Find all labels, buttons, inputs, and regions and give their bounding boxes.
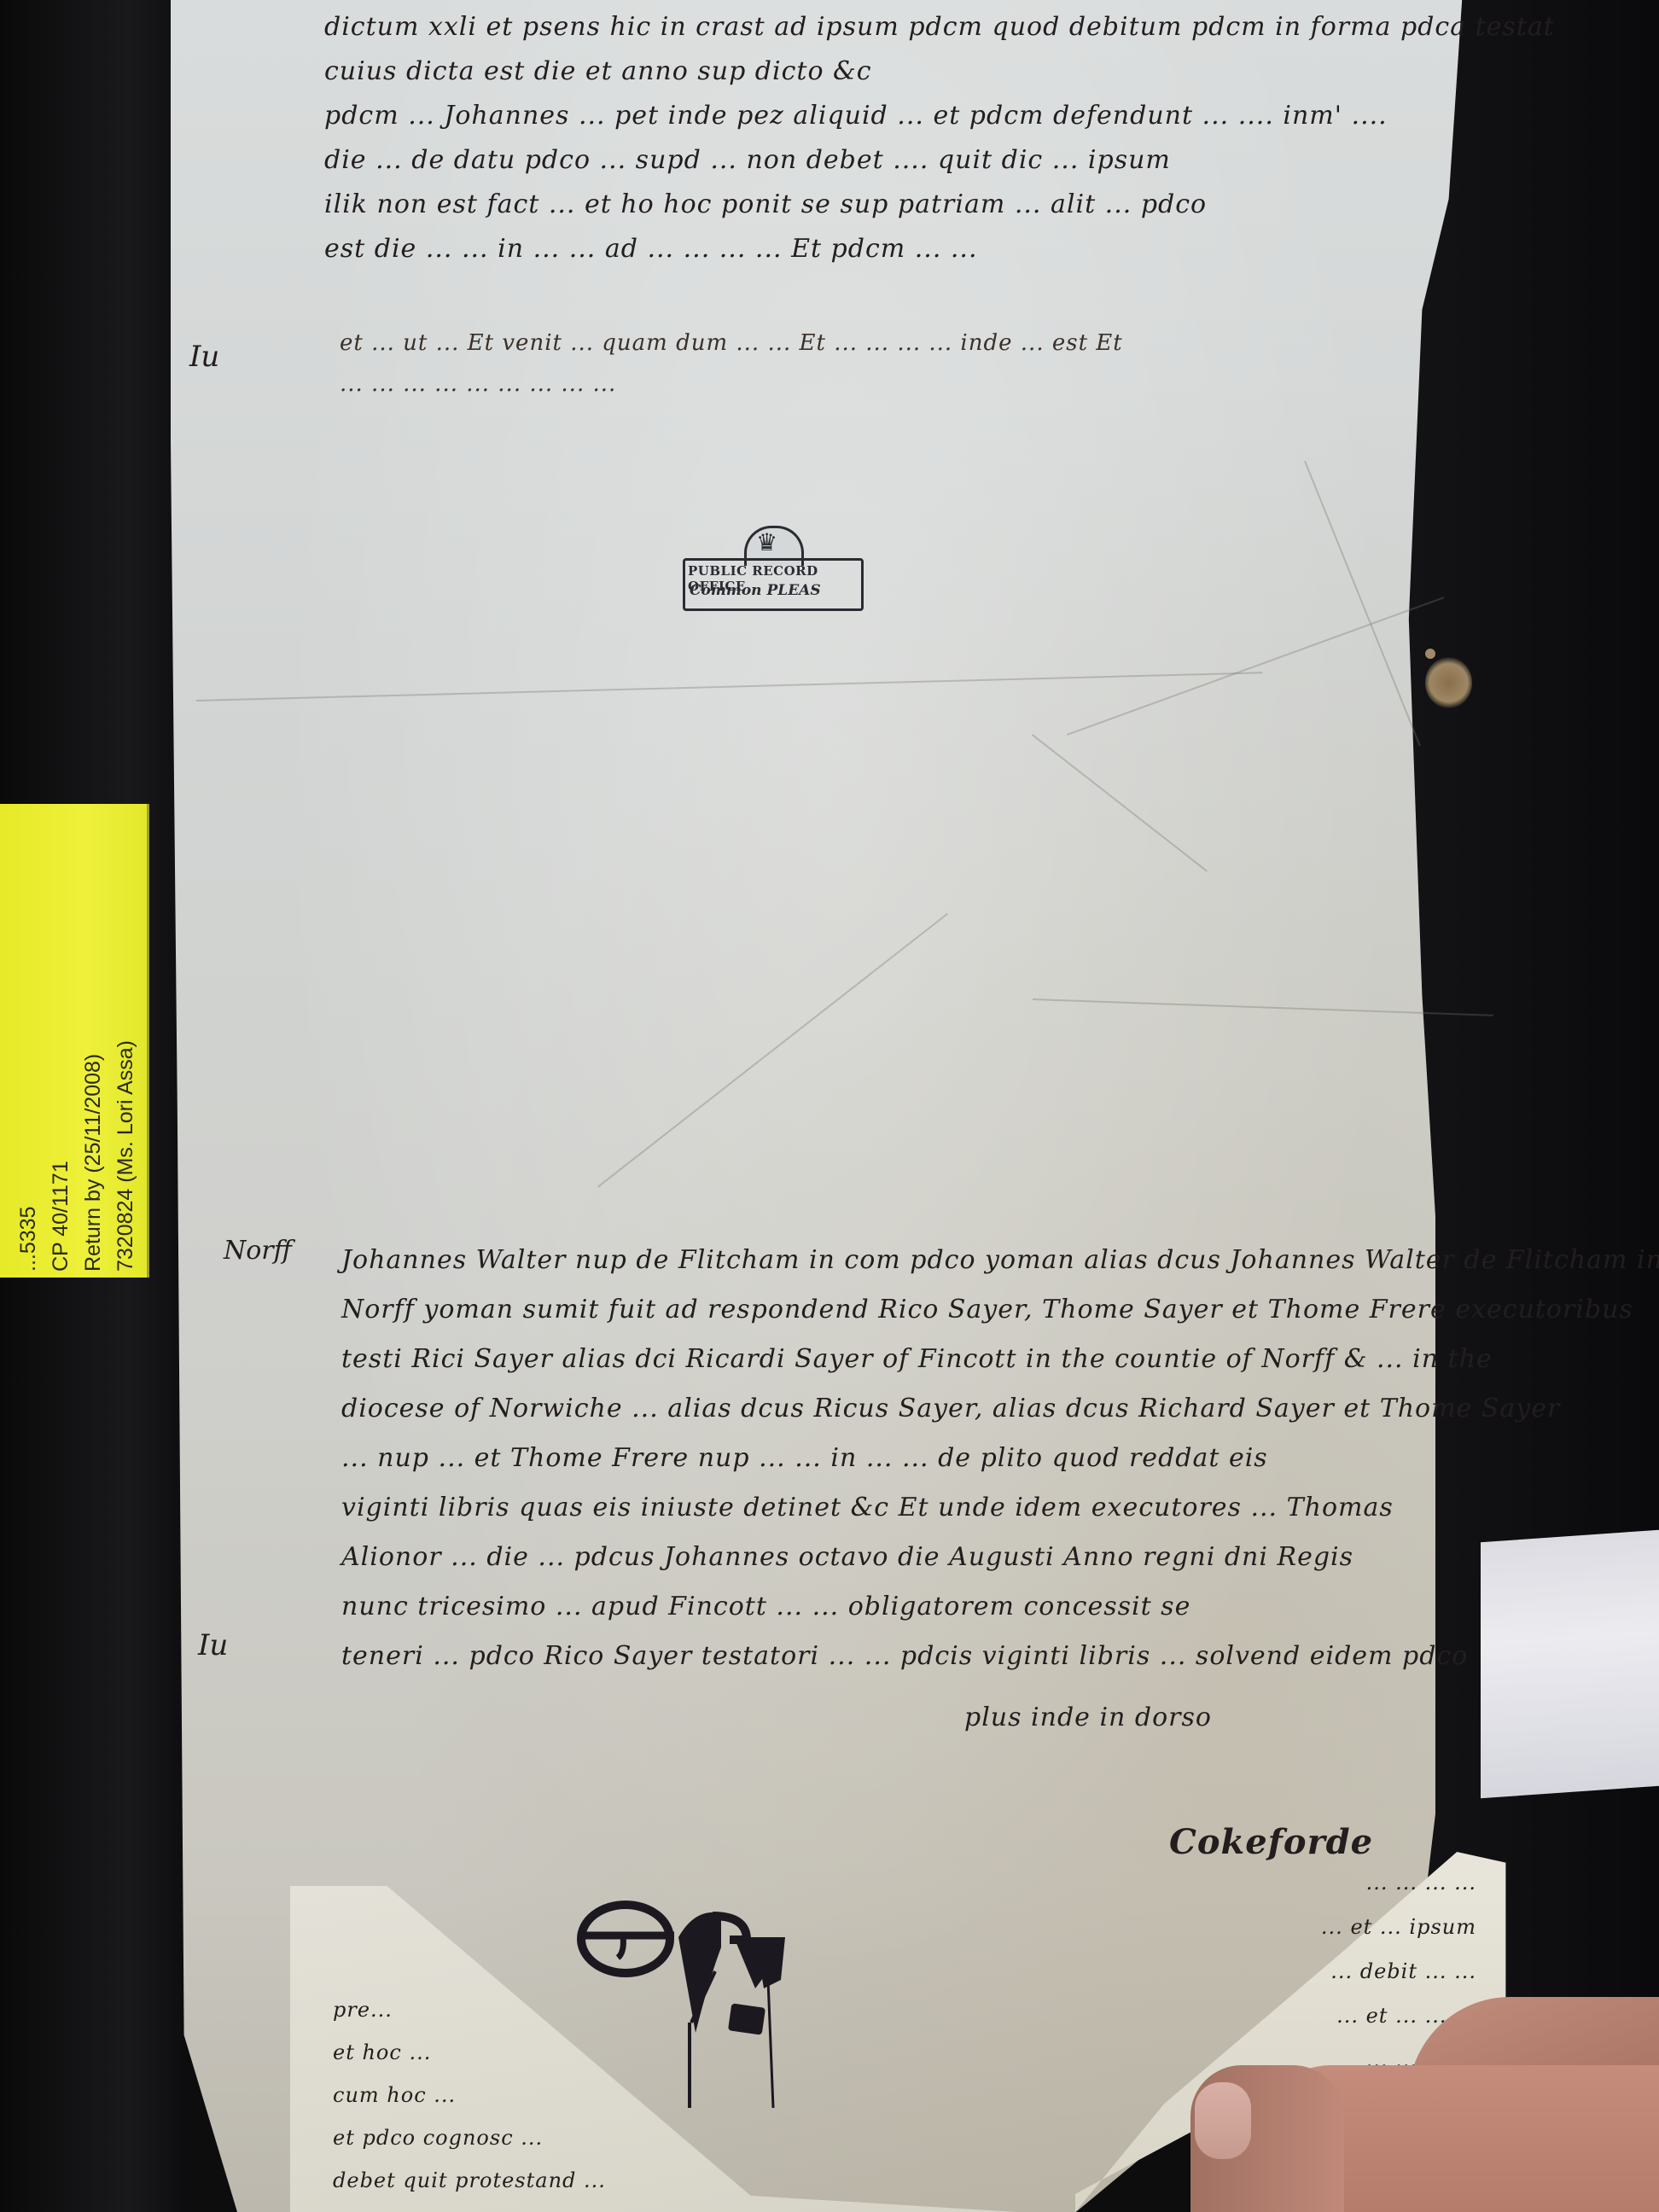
- manuscript-line: et ... ut ... Et venit ... quam dum ... …: [340, 323, 1123, 364]
- manuscript-line: cuius dicta est die et anno sup dicto &c: [324, 49, 1555, 94]
- manuscript-line: ilik non est fact ... et ho hoc ponit se…: [324, 183, 1555, 227]
- manuscript-line: est die ... ... in ... ... ad ... ... ..…: [324, 227, 1555, 271]
- manuscript-line: pdcm ... Johannes ... pet inde pez aliqu…: [324, 94, 1555, 138]
- stamp-line-2: Common PLEAS: [690, 582, 821, 599]
- margin-note-middle: Iu: [198, 1628, 228, 1662]
- manuscript-line: testi Rici Sayer alias dci Ricardi Sayer…: [341, 1335, 1659, 1384]
- label-line-reader-ticket: 7320824 (Ms. Lori Assa): [109, 1040, 142, 1272]
- archive-label-text: ...5335 CP 40/1171 Return by (25/11/2008…: [12, 1040, 142, 1272]
- manuscript-line: Alionor ... die ... pdcus Johannes octav…: [341, 1533, 1659, 1582]
- label-line-item-ref: ...5335: [12, 1040, 44, 1272]
- manuscript-line: ... debit ... ...: [1135, 1949, 1476, 1994]
- stain-spot-small: [1425, 649, 1435, 659]
- crown-icon: ♛: [756, 531, 777, 555]
- manuscript-line: viginti libris quas eis iniuste detinet …: [341, 1483, 1659, 1533]
- margin-note-top: Iu: [189, 340, 219, 374]
- manuscript-line: Norff yoman sumit fuit ad respondend Ric…: [341, 1285, 1659, 1335]
- label-line-return-date: Return by (25/11/2008): [77, 1040, 109, 1272]
- manuscript-line: nunc tricesimo ... apud Fincott ... ... …: [341, 1582, 1659, 1632]
- manuscript-line: die ... de datu pdco ... supd ... non de…: [324, 138, 1555, 183]
- margin-county-note: Norff: [224, 1236, 292, 1266]
- manuscript-line: teneri ... pdco Rico Sayer testatori ...…: [341, 1632, 1659, 1681]
- middle-entry-text: Johannes Walter nup de Flitcham in com p…: [341, 1236, 1659, 1681]
- manuscript-line: et pdco cognosc ...: [333, 2116, 606, 2159]
- top-entry-text: dictum xxli et psens hic in crast ad ips…: [324, 5, 1555, 271]
- manuscript-line: ... ... ... ...: [1135, 1860, 1476, 1905]
- top-entry-tail: et ... ut ... Et venit ... quam dum ... …: [340, 323, 1123, 405]
- stain-spot: [1425, 657, 1472, 708]
- manuscript-line: dictum xxli et psens hic in crast ad ips…: [324, 5, 1555, 49]
- manuscript-line: cum hoc ...: [333, 2074, 606, 2116]
- thumbnail: [1195, 2082, 1251, 2159]
- flap-left-text: pre... et hoc ... cum hoc ... et pdco co…: [333, 1988, 606, 2202]
- manuscript-line: et hoc ...: [333, 2031, 606, 2074]
- manuscript-line: ... ... ... ... ... ... ... ... ...: [340, 364, 1123, 405]
- manuscript-line: debet quit protestand ...: [333, 2159, 606, 2202]
- label-line-document-ref: CP 40/1171: [44, 1040, 77, 1272]
- manuscript-line: diocese of Norwiche ... alias dcus Ricus…: [341, 1384, 1659, 1434]
- manuscript-line: ... nup ... et Thome Frere nup ... ... i…: [341, 1434, 1659, 1483]
- manuscript-line: ... et ... ... ...: [1135, 1994, 1476, 2038]
- manuscript-line: ... et ... ipsum: [1135, 1905, 1476, 1949]
- closing-note: plus inde in dorso: [964, 1703, 1212, 1732]
- clerk-signature: Cokeforde: [1169, 1822, 1373, 1862]
- public-record-office-stamp: ♛ PUBLIC RECORD OFFICE Common PLEAS: [683, 526, 862, 609]
- manuscript-line: Johannes Walter nup de Flitcham in com p…: [341, 1236, 1659, 1285]
- manuscript-line: pre...: [333, 1988, 606, 2031]
